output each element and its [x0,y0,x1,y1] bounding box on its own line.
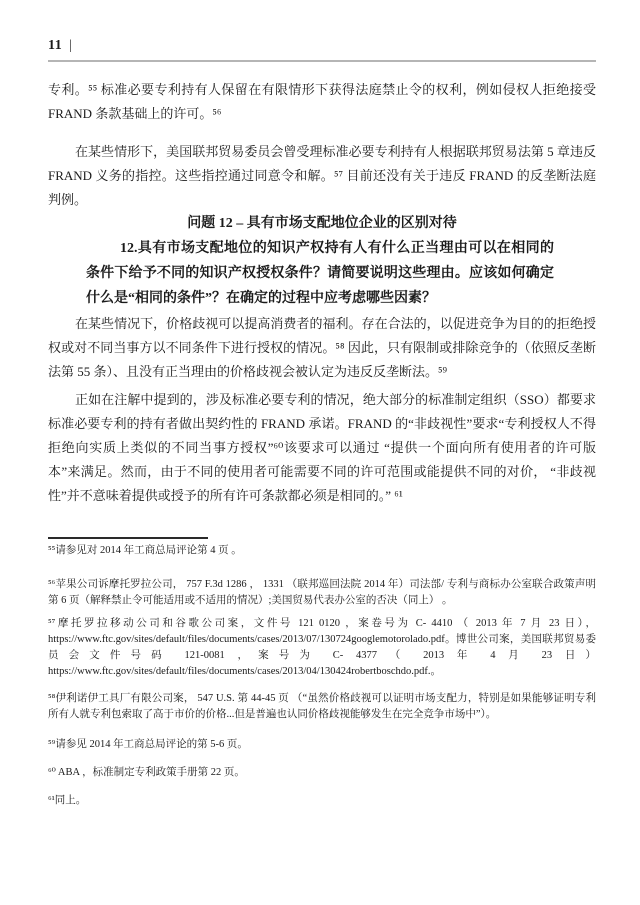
body-paragraph-3: 在某些情况下，价格歧视可以提高消费者的福利。存在合法的，以促进竞争为目的的拒绝授… [48,312,596,384]
question-text: 12.具有市场支配地位的知识产权持有人有什么正当理由可以在相同的条件下给予不同的… [86,236,554,311]
footnote-60: ⁶⁰ ABA ，标准制定专利政策手册第 22 页。 [48,765,596,781]
footnote-separator-rule [48,537,208,539]
page-header: 11| [48,38,73,54]
footnote-56: ⁵⁶苹果公司诉摩托罗拉公司， 757 F.3d 1286 ， 1331 （联邦巡… [48,577,596,609]
footnote-59: ⁵⁹请参见 2014 年工商总局评论的第 5-6 页。 [48,737,596,753]
page-number: 11 [48,38,62,53]
body-paragraph-1: 专利。⁵⁵ 标准必要专利持有人保留在有限情形下获得法庭禁止令的权利，例如侵权人拒… [48,78,596,126]
header-rule [48,60,596,62]
footnote-61: ⁶¹同上。 [48,793,596,809]
body-paragraph-2: 在某些情形下，美国联邦贸易委员会曾受理标准必要专利持有人根据联邦贸易法第 5 章… [48,140,596,212]
footnote-58: ⁵⁸伊利诺伊工具厂有限公司案， 547 U.S. 第 44-45 页 （“虽然价… [48,691,596,723]
document-page: 11| 专利。⁵⁵ 标准必要专利持有人保留在有限情形下获得法庭禁止令的权利，例如… [0,0,640,905]
footnote-55: ⁵⁵请参见对 2014 年工商总局评论第 4 页 。 [48,543,596,559]
footnote-57: ⁵⁷摩托罗拉移动公司和谷歌公司案，文件号 121 0120 ，案卷号为 C- 4… [48,616,596,680]
body-paragraph-4: 正如在注解中提到的，涉及标准必要专利的情况，绝大部分的标准制定组织（SSO）都要… [48,388,596,508]
question-heading: 问题 12 – 具有市场支配地位企业的区别对待 [48,211,596,236]
page-number-divider: | [69,38,72,53]
